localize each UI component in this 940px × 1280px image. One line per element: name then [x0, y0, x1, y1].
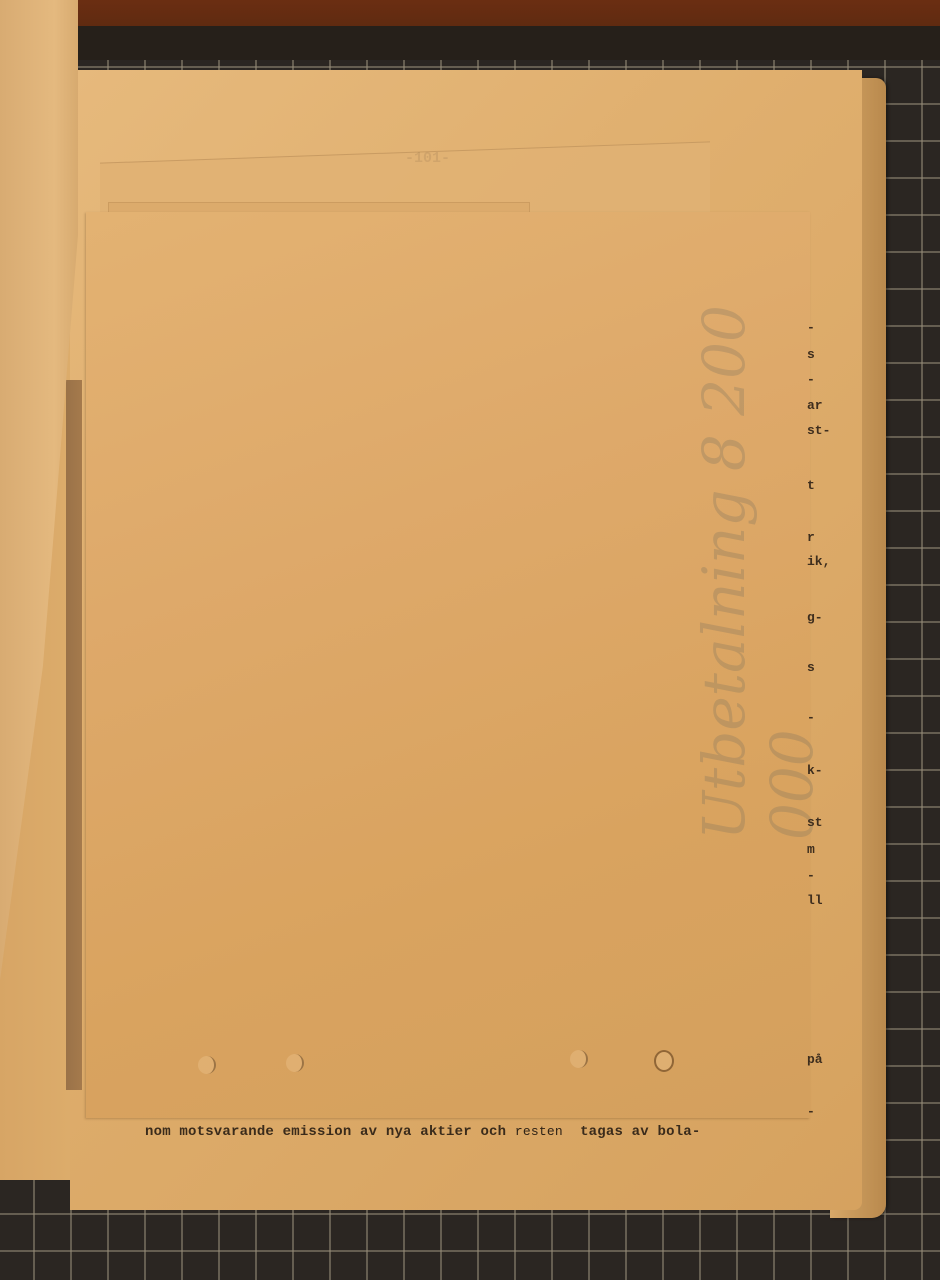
- punch-hole: [570, 1050, 588, 1068]
- margin-fragment: -: [807, 710, 815, 725]
- page-shadow: [66, 380, 82, 1090]
- margin-fragment: s: [807, 660, 815, 675]
- pencil-annotation: Utbetalning 8 200 000: [690, 280, 820, 840]
- margin-fragment: ll: [807, 893, 823, 908]
- margin-fragment: st-: [807, 423, 830, 438]
- margin-fragment: -: [807, 372, 815, 387]
- margin-fragment: ar: [807, 398, 823, 413]
- margin-fragment: -: [807, 868, 815, 883]
- margin-fragment: t: [807, 478, 815, 493]
- punch-hole: [198, 1056, 216, 1074]
- margin-fragment: -: [807, 1104, 815, 1119]
- punch-hole: [654, 1050, 674, 1072]
- inserted-word: resten: [515, 1124, 563, 1139]
- margin-fragment: på: [807, 1052, 823, 1067]
- margin-fragment: st: [807, 815, 823, 830]
- text-after: tagas av bola-: [563, 1124, 701, 1140]
- margin-fragment: g-: [807, 610, 823, 625]
- text-before: nom motsvarande emission av nya aktier o…: [145, 1124, 515, 1140]
- margin-fragment: ik,: [807, 554, 830, 569]
- margin-fragment: k-: [807, 763, 823, 778]
- typed-text-line: nom motsvarande emission av nya aktier o…: [145, 1124, 701, 1140]
- margin-fragment: r: [807, 530, 815, 545]
- margin-fragment: -: [807, 320, 815, 335]
- margin-fragment: m: [807, 842, 815, 857]
- margin-fragment: s: [807, 347, 815, 362]
- punch-hole: [286, 1054, 304, 1072]
